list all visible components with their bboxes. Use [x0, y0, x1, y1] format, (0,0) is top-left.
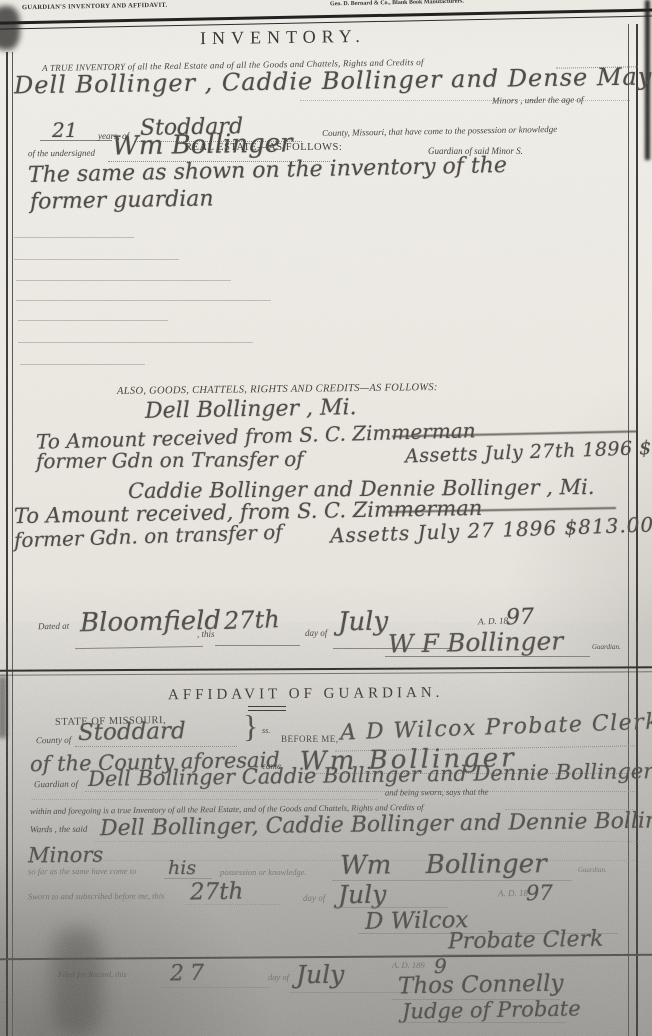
- ad-label: A. D. 18: [478, 615, 508, 626]
- clerk-title-handwritten: Probate Clerk: [448, 927, 604, 955]
- guardian-of-label: Guardian of: [34, 779, 78, 789]
- entry1-ward-name: Dell Bollinger , Mi.: [145, 395, 357, 424]
- possession-clause: possession or knowledge.: [220, 867, 307, 877]
- judge-title-line: [398, 1022, 566, 1023]
- affidavit-guardian-signature: Wm Bollinger: [340, 849, 547, 881]
- sworn-row-leader: [32, 799, 377, 800]
- affidavit-title: AFFIDAVIT OF GUARDIAN.: [168, 685, 444, 704]
- undersigned-label: of the undersigned: [28, 148, 95, 159]
- minors-handwritten: Minors: [28, 843, 103, 868]
- day-of-label: day of: [305, 628, 327, 638]
- sworn-month-handwritten: July: [338, 880, 387, 909]
- minors-under-age-clause: Minors , under the age of: [492, 94, 584, 105]
- ruled-line-stub: [18, 320, 168, 321]
- bottom-left-smudge: [52, 928, 102, 1036]
- sworn-ad-label: A. D. 18: [498, 888, 528, 899]
- ruled-line-stub: [20, 364, 145, 365]
- real-estate-note-line1: The same as shown on the inventory of th…: [28, 153, 507, 188]
- signature-fill-line: [385, 656, 590, 657]
- real-estate-note-line2: former guardian: [30, 186, 214, 214]
- come-to-clause: so far as the same have come to: [28, 866, 136, 877]
- left-border-inner: [12, 52, 13, 1036]
- his-handwritten: his: [168, 857, 196, 879]
- ruled-line-stub: [14, 259, 179, 260]
- place-fill-line: [75, 646, 203, 649]
- top-left-ink-smudge: [0, 6, 20, 50]
- left-edge-smudge: [0, 676, 7, 738]
- entry1-line2: former Gdn on Transfer of: [36, 447, 304, 473]
- filing-day-of-label: day of: [268, 972, 289, 982]
- wards2-fill-line: [95, 841, 640, 842]
- ruled-line-stub: [18, 342, 253, 343]
- county-of-label: County of: [36, 735, 71, 746]
- section-divider-rule: [0, 666, 652, 675]
- ss-label: ss.: [262, 726, 270, 735]
- before-me-label: BEFORE ME,: [281, 734, 339, 744]
- filing-ad-label: A. D. 189: [392, 960, 425, 970]
- sworn-year-handwritten: 97: [526, 881, 553, 905]
- handwritten-age: 21: [52, 118, 77, 142]
- affidavit-guardian-label: Guardian.: [578, 866, 607, 874]
- masthead-left-text: GUARDIAN'S INVENTORY AND AFFIDAVIT.: [22, 2, 168, 12]
- guardian-label: Guardian.: [592, 643, 621, 651]
- ss-brace-glyph: }: [243, 708, 258, 745]
- filed-for-record-label: Filed for Record, this: [58, 970, 127, 979]
- ruled-line-stub: [14, 237, 134, 238]
- filing-day-fill-line: [160, 987, 270, 988]
- scanned-document-page: GUARDIAN'S INVENTORY AND AFFIDAVIT. Geo.…: [0, 0, 652, 1036]
- judge-title-handwritten: Judge of Probate: [402, 996, 581, 1023]
- sworn-day-of-label: day of: [303, 893, 325, 903]
- wards-fill-line: [85, 791, 635, 792]
- dated-at-label: Dated at: [38, 621, 69, 632]
- masthead-right-text: Geo. D. Bernard & Co., Blank Book Manufa…: [330, 0, 464, 7]
- goods-chattels-heading: ALSO, GOODS, CHATTELS, RIGHTS AND CREDIT…: [117, 382, 438, 397]
- affidavit-county-fill-line: [75, 746, 237, 747]
- handwritten-day: 27th: [224, 605, 281, 635]
- sworn-subscribed-label: Sworn to and subscribed before me, this: [28, 891, 164, 902]
- affidavit-county-handwritten: Stoddard: [78, 718, 186, 746]
- this-label: , this: [197, 629, 215, 639]
- inventory-title: INVENTORY.: [200, 26, 366, 49]
- judge-signature: Thos Connelly: [398, 971, 564, 1000]
- sworn-day-handwritten: 27th: [190, 879, 244, 906]
- guardian-signature: W F Bollinger: [388, 626, 564, 658]
- filing-month-handwritten: July: [296, 960, 345, 989]
- officer-handwritten: A D Wilcox Probate Clerk: [340, 709, 652, 745]
- real-estate-heading: REAL ESTATE—AS FOLLOWS:: [185, 142, 342, 153]
- being-sworn-clause: and being sworn, says that the: [385, 787, 489, 798]
- handwritten-month: July: [338, 607, 389, 638]
- ruled-line-stub: [16, 300, 271, 301]
- filing-month-fill-line: [290, 992, 412, 993]
- sworn-day-fill-line: [185, 904, 280, 905]
- wards-the-said-label: Wards , the said: [30, 824, 87, 835]
- day-fill-line: [215, 645, 300, 646]
- left-border-outer: [6, 52, 8, 1036]
- filing-day-handwritten: 27: [170, 961, 210, 987]
- county-missouri-clause: County, Missouri, that have come to the …: [322, 124, 557, 138]
- ruled-line-stub: [16, 280, 231, 281]
